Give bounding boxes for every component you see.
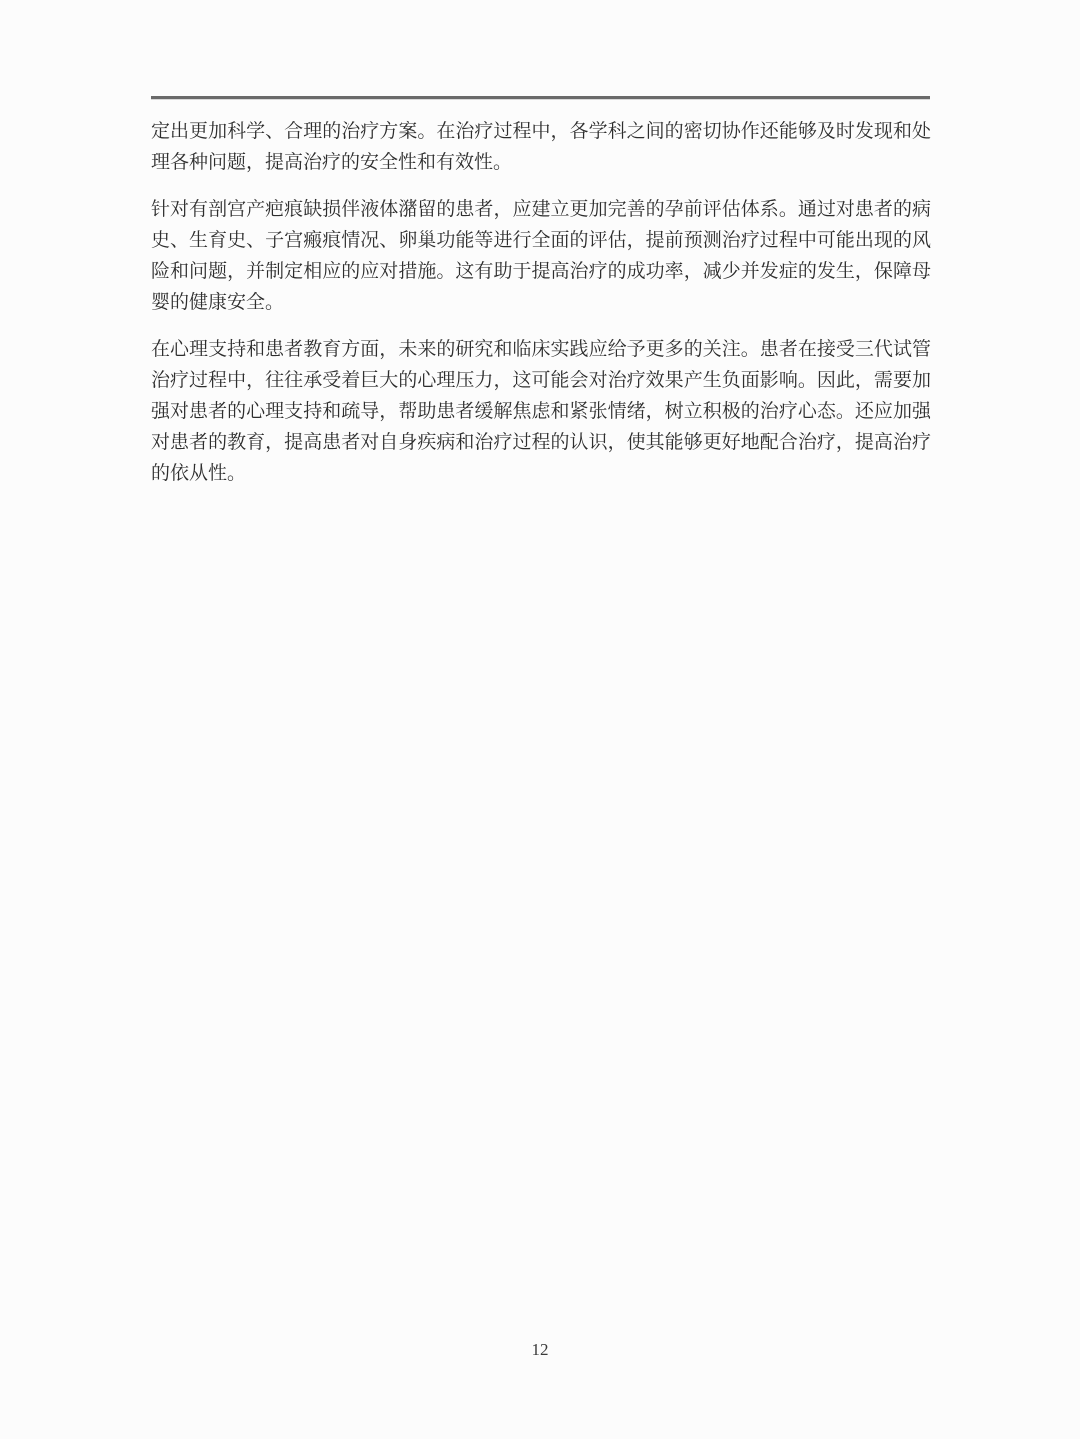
page-number: 12: [0, 1340, 1080, 1360]
document-page: 定出更加科学、合理的治疗方案。在治疗过程中，各学科之间的密切协作还能够及时发现和…: [0, 0, 1080, 1439]
body-paragraph: 定出更加科学、合理的治疗方案。在治疗过程中，各学科之间的密切协作还能够及时发现和…: [151, 116, 931, 178]
body-paragraph: 在心理支持和患者教育方面，未来的研究和临床实践应给予更多的关注。患者在接受三代试…: [151, 334, 931, 489]
header-rule: [151, 96, 930, 100]
page-content: 定出更加科学、合理的治疗方案。在治疗过程中，各学科之间的密切协作还能够及时发现和…: [151, 116, 931, 505]
body-paragraph: 针对有剖宫产疤痕缺损伴液体潴留的患者，应建立更加完善的孕前评估体系。通过对患者的…: [151, 194, 931, 318]
